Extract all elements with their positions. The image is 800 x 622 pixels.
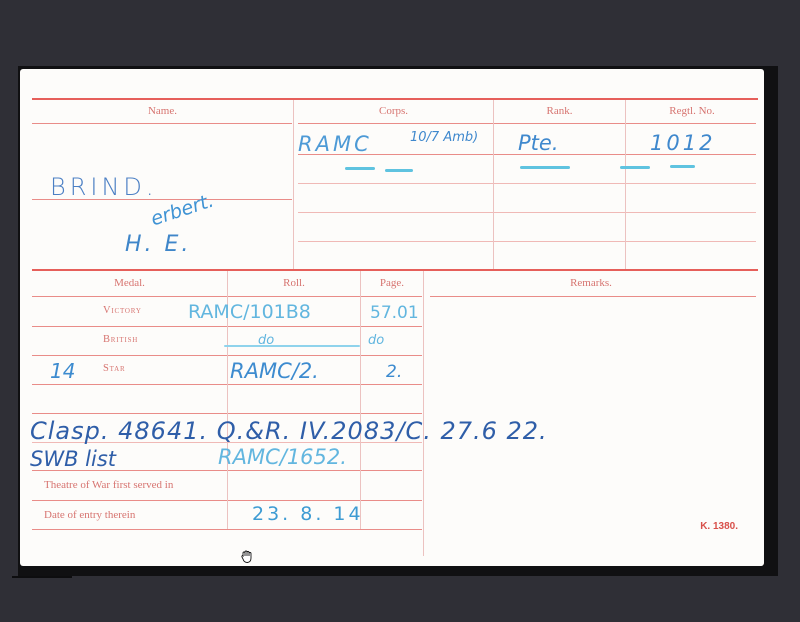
swb-list-roll: RAMC/1652. [218,445,347,469]
medal-star-label: Star [103,363,125,374]
col-divider [360,271,361,529]
date-entry-label: Date of entry therein [44,509,135,521]
rule [298,183,756,184]
header-corps: Corps. [294,105,493,117]
star-prefix: 14 [50,359,75,383]
surname: BRIND. [50,173,158,201]
header-name: Name. [32,105,293,117]
header-medal: Medal. [32,277,227,289]
swb-list-label: SWB list [30,447,116,471]
medal-victory-label: Victory [103,305,142,316]
rule [298,212,756,213]
british-page: do [368,333,384,348]
corps-value: RAMC [298,132,372,156]
header-rank: Rank. [494,105,625,117]
date-entry-value: 23. 8. 14 [252,503,364,525]
header-roll: Roll. [228,277,360,289]
victory-roll: RAMC/101B8 [188,301,311,323]
header-regt-no: Regtl. No. [626,105,758,117]
tick-mark [345,167,375,170]
col-divider [423,271,424,556]
british-roll: do [258,333,274,348]
rule [298,241,756,242]
medal-index-card: Name. Corps. Rank. Regtl. No. BRIND. erb… [20,69,764,566]
header-remarks: Remarks. [424,277,758,289]
star-roll: RAMC/2. [230,359,319,383]
initials: H. E. [125,232,191,257]
tick-mark [520,166,570,169]
tick-mark [670,165,695,168]
col-divider [625,100,626,269]
corps-unit: 10/7 Amb) [410,130,478,145]
rule [298,123,756,124]
form-number: K. 1380. [700,521,738,532]
theatre-label: Theatre of War first served in [44,479,173,491]
rule-mid [32,269,758,271]
regt-no-value: 1012 [650,131,715,155]
rule-top [32,98,758,100]
tick-mark [385,169,413,172]
col-divider [293,100,294,269]
clasp-entry: Clasp. 48641. Q.&R. IV.2083/C. 27.6 22. [30,417,548,445]
star-page: 2. [386,362,402,382]
medal-british-label: British [103,334,138,345]
rule [32,123,292,124]
frame-edge [12,576,72,578]
hand-cursor-icon [240,550,254,564]
header-page: Page. [361,277,423,289]
col-divider [493,100,494,269]
victory-page: 57.01 [370,303,419,323]
tick-mark [620,166,650,169]
rule [430,296,756,297]
forename-insert: erbert. [148,190,216,231]
rank-value: Pte. [518,131,559,155]
ditto-line [224,345,360,347]
rule [32,529,422,530]
